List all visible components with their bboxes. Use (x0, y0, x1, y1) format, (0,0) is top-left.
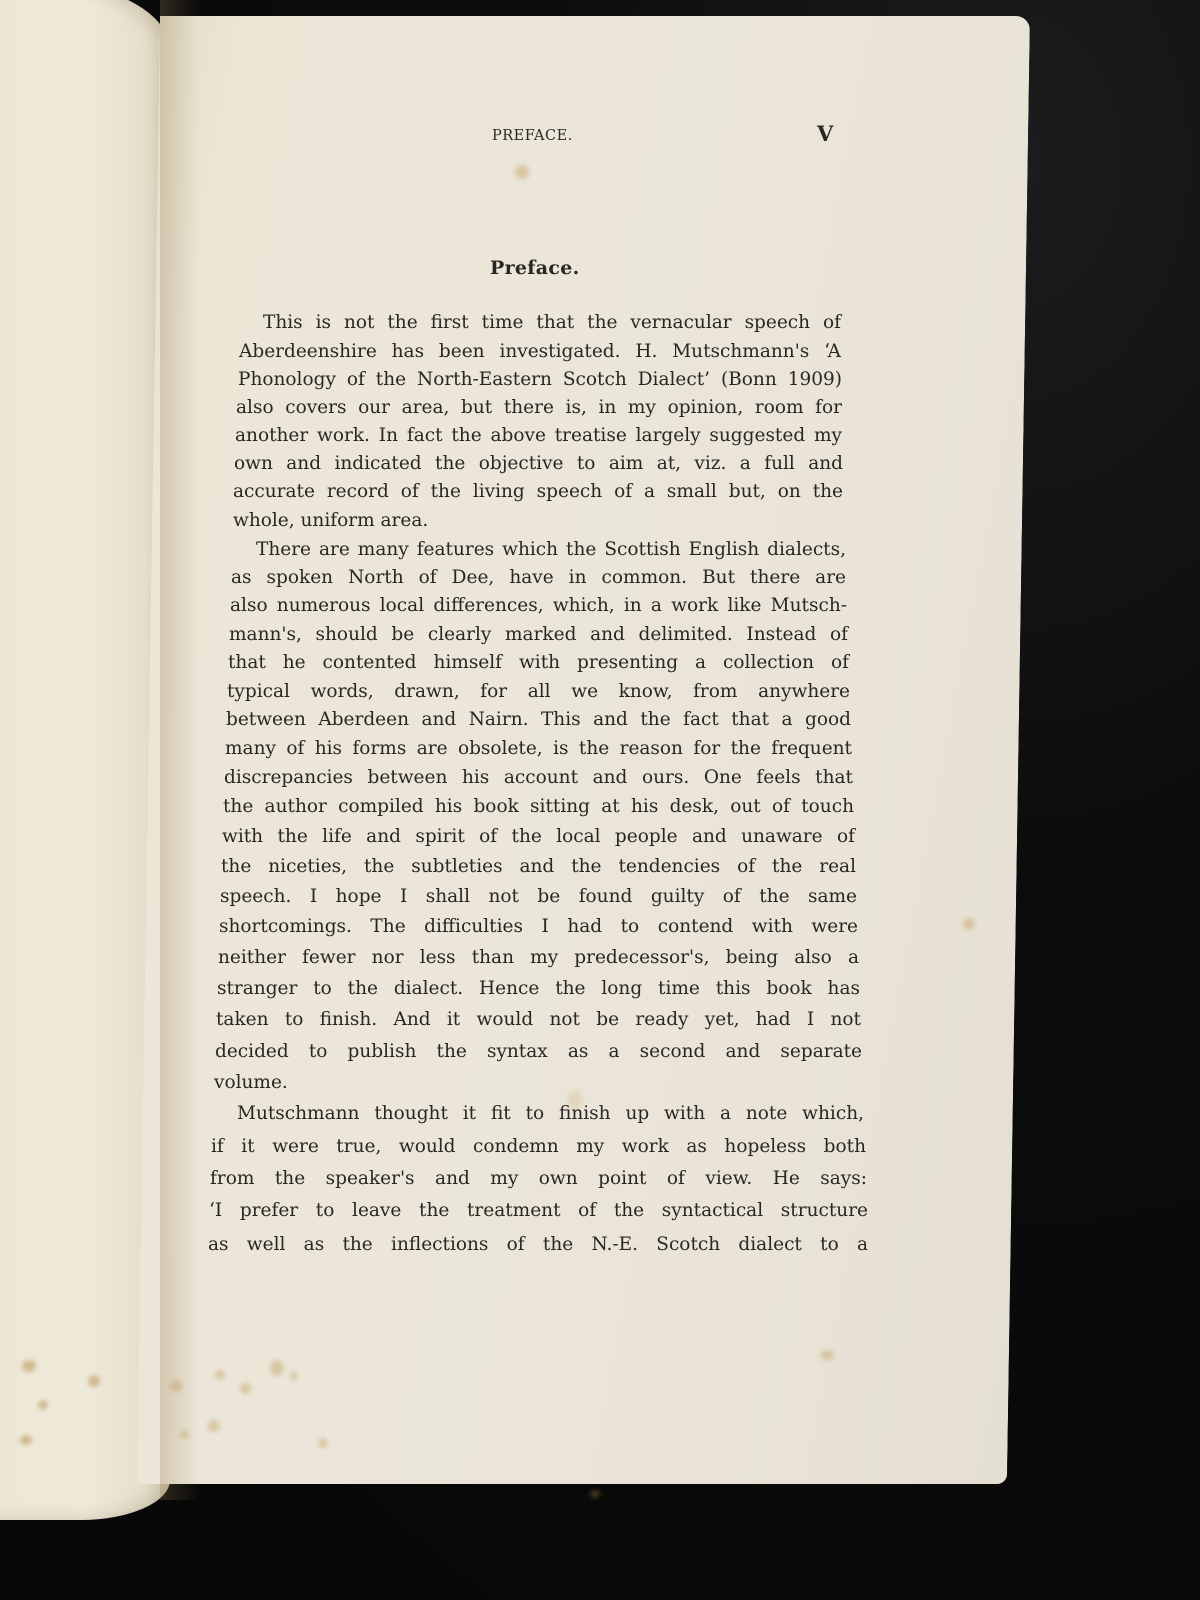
text-line: ‘I prefer to leave the treatment of the … (209, 1199, 868, 1223)
text-line: the niceties, the subtleties and the ten… (221, 855, 856, 879)
text-line: also numerous local differences, which, … (230, 594, 847, 618)
text-line: many of his forms are obsolete, is the r… (225, 737, 852, 761)
text-line: if it were true, would condemn my work a… (211, 1135, 866, 1159)
text-line: own and indicated the objective to aim a… (234, 452, 843, 476)
text-line: whole, uniform area. (233, 509, 428, 533)
text-line: Aberdeenshire has been investigated. H. … (239, 340, 841, 364)
text-line: discrepancies between his account and ou… (224, 766, 853, 790)
section-title: Preface. (490, 257, 580, 279)
text-line: as well as the inflections of the N.-E. … (208, 1233, 868, 1257)
text-line: the author compiled his book sitting at … (223, 795, 854, 819)
text-line: volume. (214, 1071, 288, 1095)
text-line: There are many features which the Scotti… (256, 538, 846, 562)
text-line: taken to finish. And it would not be rea… (216, 1008, 861, 1032)
page-text: PREFACE. V Preface. This is not the firs… (0, 0, 1200, 1600)
text-line: from the speaker's and my own point of v… (210, 1167, 867, 1191)
text-line: Phonology of the North-Eastern Scotch Di… (238, 368, 842, 392)
text-line: as spoken North of Dee, have in common. … (231, 566, 846, 590)
text-line: speech. I hope I shall not be found guil… (220, 885, 857, 909)
text-line: shortcomings. The difficulties I had to … (219, 915, 858, 939)
running-head: PREFACE. (492, 128, 573, 144)
page-number: V (817, 121, 833, 146)
text-line: another work. In fact the above treatise… (235, 424, 842, 448)
text-line: neither fewer nor less than my predecess… (218, 946, 859, 970)
text-line: also covers our area, but there is, in m… (236, 396, 842, 420)
text-line: typical words, drawn, for all we know, f… (227, 680, 850, 704)
text-line: between Aberdeen and Nairn. This and the… (226, 708, 851, 732)
text-line: This is not the first time that the vern… (263, 311, 841, 335)
photo-scene: PREFACE. V Preface. This is not the firs… (0, 0, 1200, 1600)
text-line: stranger to the dialect. Hence the long … (217, 977, 860, 1001)
text-line: accurate record of the living speech of … (233, 480, 843, 504)
text-line: with the life and spirit of the local pe… (222, 825, 855, 849)
text-line: decided to publish the syntax as a secon… (215, 1040, 862, 1064)
text-line: mann's, should be clearly marked and del… (229, 623, 848, 647)
text-line: that he contented himself with presentin… (228, 651, 849, 675)
text-line: Mutschmann thought it fit to finish up w… (237, 1102, 864, 1126)
